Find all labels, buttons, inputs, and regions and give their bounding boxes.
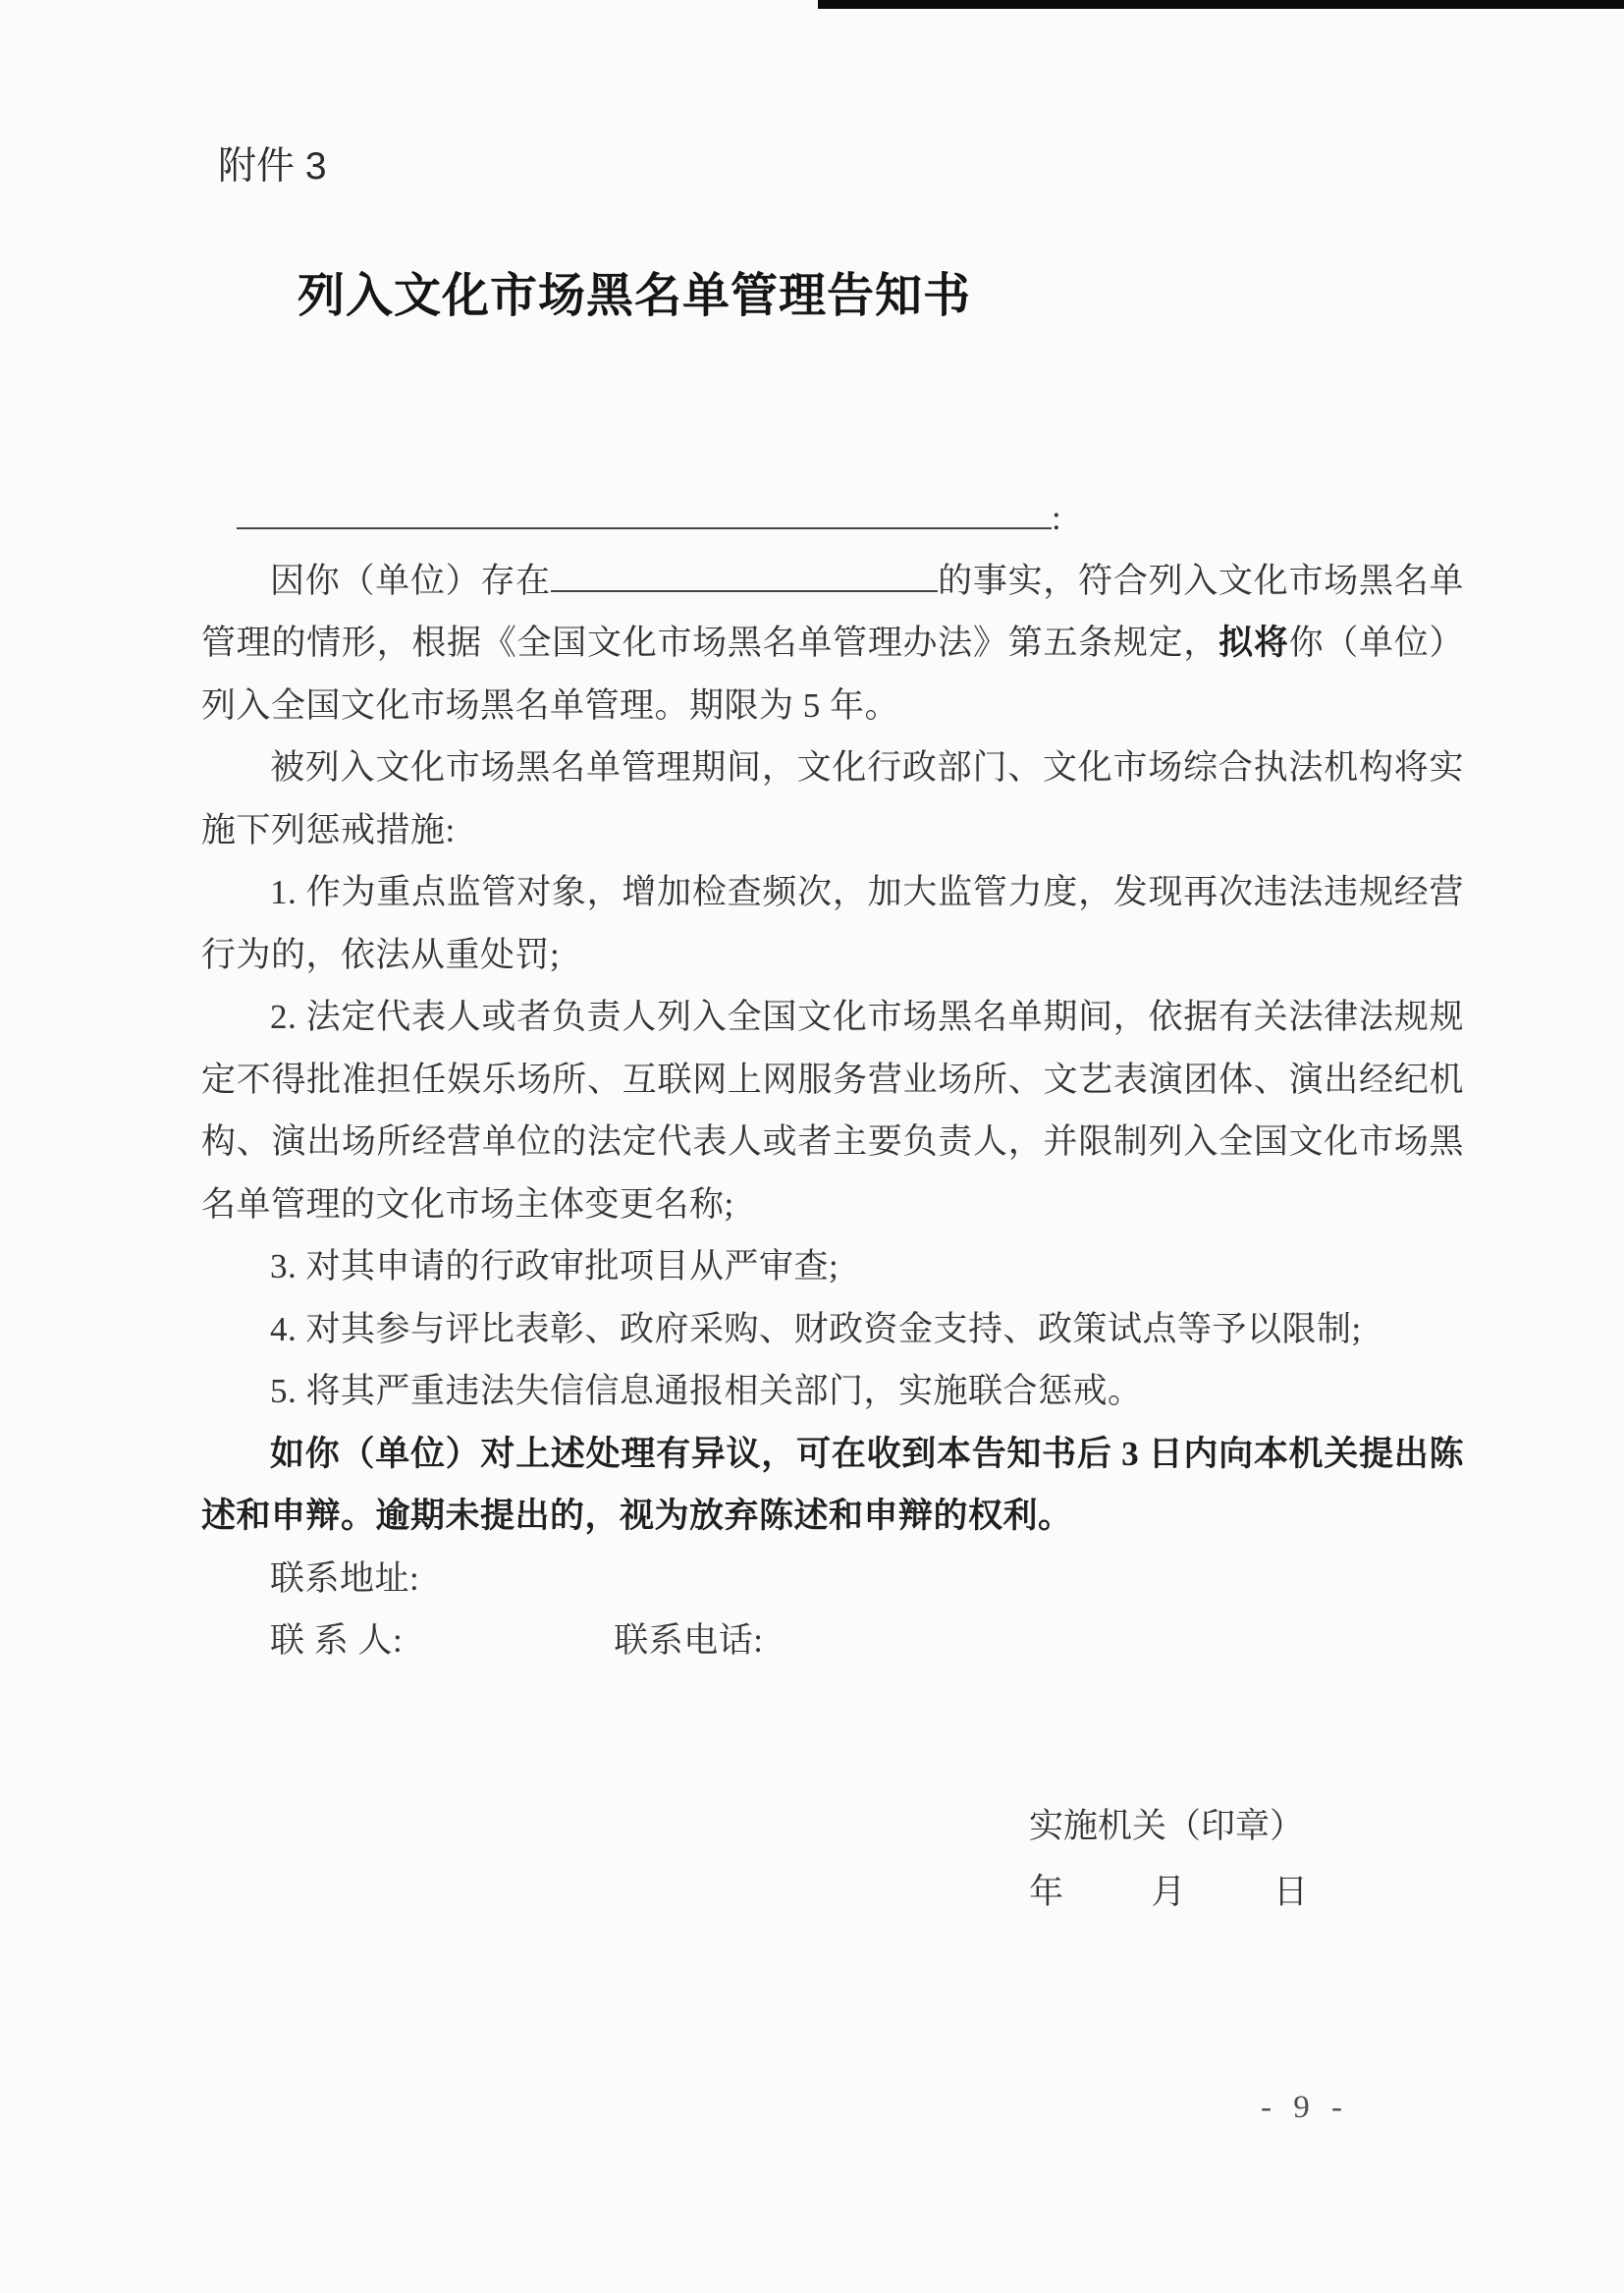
recipient-line: : — [201, 487, 1464, 550]
measure-item-5: 5. 将其严重违法失信信息通报相关部门，实施联合惩戒。 — [201, 1360, 1464, 1423]
recipient-colon: : — [1052, 499, 1061, 537]
paragraph-period-intro: 被列入文化市场黑名单管理期间，文化行政部门、文化市场综合执法机构将实施下列惩戒措… — [201, 737, 1464, 861]
document-body: : 因你（单位）存在的事实，符合列入文化市场黑名单管理的情形，根据《全国文化市场… — [201, 487, 1464, 1672]
measure-item-3: 3. 对其申请的行政审批项目从严审查; — [201, 1235, 1464, 1298]
date-year-label: 年 — [1029, 1873, 1063, 1912]
date-month-label: 月 — [1151, 1873, 1185, 1912]
recipient-blank-field[interactable] — [237, 498, 1052, 529]
signature-block: 实施机关（印章） 年 月 日 — [1029, 1807, 1308, 1912]
measure-item-4: 4. 对其参与评比表彰、政府采购、财政资金支持、政策试点等予以限制; — [201, 1298, 1464, 1361]
measure-item-1: 1. 作为重点监管对象，增加检查频次，加大监管力度，发现再次违法违规经营行为的，… — [201, 861, 1464, 986]
paragraph-appeal: 如你（单位）对上述处理有异议，可在收到本告知书后 3 日内向本机关提出陈述和申辩… — [201, 1423, 1464, 1548]
facts-text-bold: 拟将 — [1218, 624, 1288, 662]
facts-text-pre: 因你（单位）存在 — [270, 562, 551, 600]
document-page: 附件 3 列入文化市场黑名单管理告知书 : 因你（单位）存在的事实，符合列入文化… — [0, 0, 1624, 2293]
paragraph-facts: 因你（单位）存在的事实，符合列入文化市场黑名单管理的情形，根据《全国文化市场黑名… — [201, 550, 1464, 737]
scan-artifact-bar — [818, 0, 1624, 9]
signature-authority: 实施机关（印章） — [1029, 1807, 1308, 1846]
signature-date-line: 年 月 日 — [1029, 1873, 1308, 1912]
contact-address-label: 联系地址: — [201, 1548, 1464, 1611]
fact-blank-field[interactable] — [551, 561, 938, 592]
attachment-label: 附件 3 — [218, 136, 327, 191]
page-number: - 9 - — [1261, 2090, 1349, 2126]
contact-phone-label: 联系电话: — [614, 1621, 763, 1660]
date-day-label: 日 — [1273, 1873, 1308, 1912]
contact-person-row: 联 系 人:联系电话: — [201, 1610, 1464, 1672]
document-title: 列入文化市场黑名单管理告知书 — [298, 257, 971, 325]
measure-item-2: 2. 法定代表人或者负责人列入全国文化市场黑名单期间，依据有关法律法规规定不得批… — [201, 986, 1464, 1235]
contact-person-label: 联 系 人: — [270, 1621, 403, 1660]
